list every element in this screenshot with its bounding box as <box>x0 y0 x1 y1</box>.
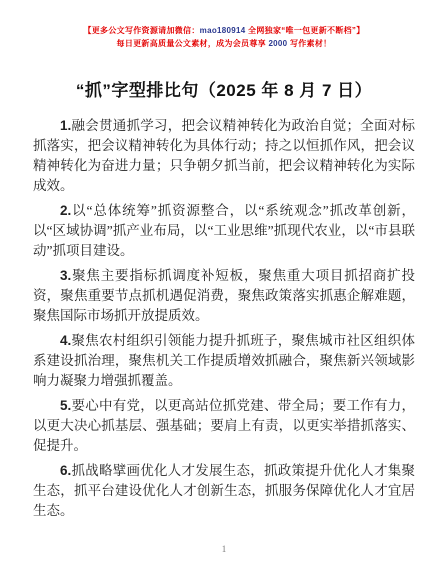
promo-line2-suffix: 写作素材！ <box>287 39 331 48</box>
wechat-id: mao180914 <box>200 26 246 35</box>
paragraph-2: 2.以“总体统筹”抓资源整合，以“系统观念”抓改革创新，以“区域协调”抓产业布局… <box>33 201 415 261</box>
page-number: 1 <box>222 544 227 554</box>
page-footer: 1 <box>0 544 448 554</box>
paragraph-1-number: 1. <box>60 118 71 133</box>
promo-line1-prefix: 【更多公文写作资源请加微信： <box>83 26 199 35</box>
paragraph-4-text: 聚焦农村组织引领能力提升抓班子，聚焦城市社区组织体系建设抓治理，聚焦机关工作提质… <box>33 333 415 388</box>
paragraph-4-number: 4. <box>60 333 71 348</box>
paragraph-2-number: 2. <box>60 203 71 218</box>
promo-line-1: 【更多公文写作资源请加微信：mao180914 全网独家“唯一包更新不断档”】 <box>0 24 448 37</box>
paragraph-2-text: 以“总体统筹”抓资源整合，以“系统观念”抓改革创新，以“区域协调”抓产业布局，以… <box>33 203 415 258</box>
paragraph-5: 5.要心中有党，以更高站位抓党建、带全局；要工作有力，以更大决心抓基层、强基础；… <box>33 396 415 456</box>
promo-line1-suffix: 全网独家“唯一包更新不断档”】 <box>246 26 365 35</box>
document-page: 【更多公文写作资源请加微信：mao180914 全网独家“唯一包更新不断档”】 … <box>0 0 448 580</box>
document-title: “抓”字型排比句（2025 年 8 月 7 日） <box>20 80 428 102</box>
paragraph-5-number: 5. <box>60 398 71 413</box>
paragraph-5-text: 要心中有党，以更高站位抓党建、带全局；要工作有力，以更大决心抓基层、强基础；要肩… <box>33 398 415 453</box>
paragraph-6-text: 抓战略擘画优化人才发展生态，抓政策提升优化人才集聚生态，抓平台建设优化人才创新生… <box>33 463 415 518</box>
promo-line2-count: 2000 <box>268 39 287 48</box>
paragraph-1-text: 融会贯通抓学习，把会议精神转化为政治自觉；全面对标抓落实，把会议精神转化为具体行… <box>33 118 415 193</box>
paragraph-3-text: 聚焦主要指标抓调度补短板，聚焦重大项目抓招商扩投资，聚焦重要节点抓机遇促消费，聚… <box>33 268 415 323</box>
promo-header: 【更多公文写作资源请加微信：mao180914 全网独家“唯一包更新不断档”】 … <box>0 0 448 50</box>
paragraph-3-number: 3. <box>60 268 71 283</box>
paragraph-6-number: 6. <box>60 463 71 478</box>
promo-line-2: 每日更新高质量公文素材，成为会员尊享 2000 写作素材！ <box>0 37 448 50</box>
paragraph-6: 6.抓战略擘画优化人才发展生态，抓政策提升优化人才集聚生态，抓平台建设优化人才创… <box>33 461 415 521</box>
promo-line2-prefix: 每日更新高质量公文素材，成为会员尊享 <box>117 39 269 48</box>
paragraph-3: 3.聚焦主要指标抓调度补短板，聚焦重大项目抓招商扩投资，聚焦重要节点抓机遇促消费… <box>33 266 415 326</box>
document-body: 1.融会贯通抓学习，把会议精神转化为政治自觉；全面对标抓落实，把会议精神转化为具… <box>33 116 415 521</box>
paragraph-4: 4.聚焦农村组织引领能力提升抓班子，聚焦城市社区组织体系建设抓治理，聚焦机关工作… <box>33 331 415 391</box>
paragraph-1: 1.融会贯通抓学习，把会议精神转化为政治自觉；全面对标抓落实，把会议精神转化为具… <box>33 116 415 196</box>
